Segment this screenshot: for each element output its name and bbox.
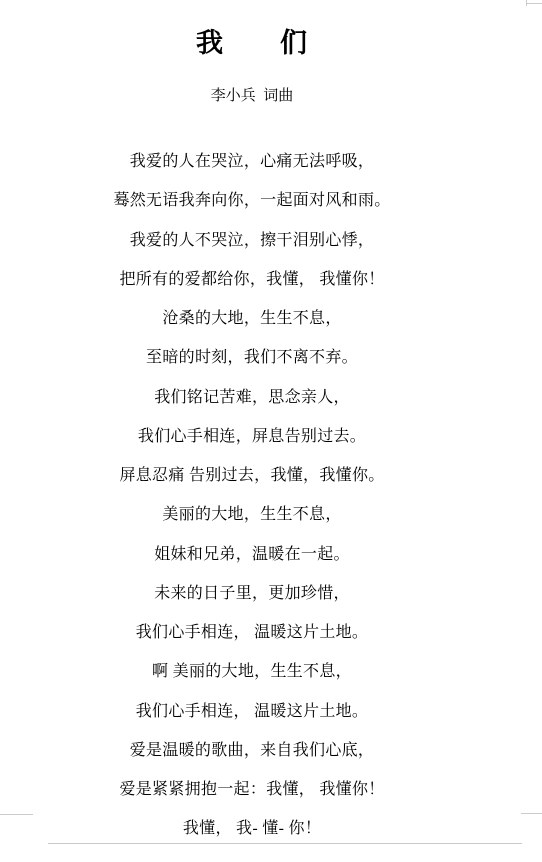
lyric-line: 姐妹和兄弟，温暖在一起。: [0, 533, 504, 572]
lyric-line: 至暗的时刻，我们不离不弃。: [0, 336, 504, 375]
lyric-line: 我们铭记苦难，思念亲人，: [0, 376, 504, 415]
document-page[interactable]: 我 们 李小兵 词曲 我爱的人在哭泣，心痛无法呼吸， 蓦然无语我奔向你，一起面对…: [0, 0, 542, 862]
lyric-line: 美丽的大地，生生不息，: [0, 493, 504, 532]
text-boundary-mark-top-right: [526, 3, 542, 4]
byline-author-credit: 李小兵 词曲: [0, 86, 504, 106]
lyric-line: 啊 美丽的大地，生生不息，: [0, 650, 504, 689]
lyric-line: 爱是温暖的歌曲，来自我们心底，: [0, 729, 504, 768]
document-content: 我 们 李小兵 词曲 我爱的人在哭泣，心痛无法呼吸， 蓦然无语我奔向你，一起面对…: [0, 0, 542, 862]
text-boundary-mark-bottom-right: [521, 813, 542, 814]
lyric-line: 我爱的人不哭泣，擦干泪别心悸，: [0, 219, 504, 258]
lyrics-body: 我爱的人在哭泣，心痛无法呼吸， 蓦然无语我奔向你，一起面对风和雨。 我爱的人不哭…: [0, 140, 504, 847]
lyric-line: 我们心手相连，屏息告别过去。: [0, 415, 504, 454]
lyric-line: 我爱的人在哭泣，心痛无法呼吸，: [0, 140, 504, 179]
lyric-line: 爱是紧紧拥抱一起：我懂， 我懂你！: [0, 768, 504, 807]
text-boundary-mark-bottom-left: [0, 814, 33, 815]
text-boundary-mark-top-right-tick: [526, 0, 527, 6]
lyric-line: 我们心手相连， 温暖这片土地。: [0, 611, 504, 650]
page-bottom-edge-line: [48, 843, 522, 844]
lyric-line: 未来的日子里，更加珍惜，: [0, 572, 504, 611]
lyric-line: 把所有的爱都给你，我懂， 我懂你！: [0, 258, 504, 297]
lyric-line: 屏息忍痛 告别过去，我懂，我懂你。: [0, 454, 504, 493]
lyric-line: 我懂， 我- 懂- 你！: [0, 807, 504, 846]
lyric-line: 沧桑的大地，生生不息，: [0, 297, 504, 336]
lyric-line: 蓦然无语我奔向你，一起面对风和雨。: [0, 179, 504, 218]
lyric-line: 我们心手相连， 温暖这片土地。: [0, 690, 504, 729]
song-title: 我 们: [0, 26, 504, 60]
